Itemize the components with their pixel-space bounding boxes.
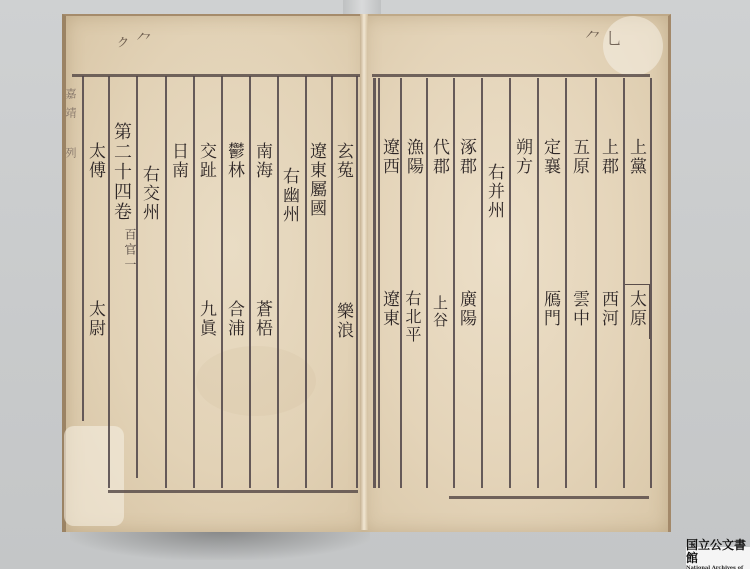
column-line xyxy=(595,78,597,488)
column-line xyxy=(221,76,223,488)
column-line xyxy=(331,76,333,488)
column-text: 右北平 xyxy=(404,290,420,344)
column-line xyxy=(356,76,358,488)
column-text: 太尉 xyxy=(86,300,103,338)
column-text: 太傅 xyxy=(86,142,103,180)
column-text: 南海 xyxy=(253,142,270,180)
watermark-english: National Archives of Japan xyxy=(686,565,750,569)
column-text: 鴈門 xyxy=(541,290,558,328)
column-text: 五原 xyxy=(570,138,587,176)
column-line xyxy=(193,76,195,488)
column-line xyxy=(373,78,376,488)
column-text: 遼東屬國 xyxy=(307,142,324,218)
column-text: 日南 xyxy=(169,142,186,180)
top-rule-right xyxy=(372,74,650,77)
highlight-box xyxy=(625,284,650,339)
column-line xyxy=(305,76,307,488)
column-text: 蒼梧 xyxy=(253,300,270,338)
column-text: 鬱林 xyxy=(225,142,242,180)
column-text: 玄菟 xyxy=(334,142,351,180)
column-line xyxy=(400,78,402,488)
column-line xyxy=(481,78,483,488)
column-line xyxy=(82,76,84,421)
column-text: 上郡 xyxy=(599,138,616,176)
bottom-rule-right xyxy=(449,496,649,499)
column-line xyxy=(136,76,138,478)
column-text: 上谷 xyxy=(432,295,447,329)
table-shadow xyxy=(70,528,370,560)
paper-stain xyxy=(196,346,316,416)
column-text: 右幽州 xyxy=(280,167,297,224)
column-text: 廣陽 xyxy=(457,290,474,328)
column-text: 朔方 xyxy=(513,138,530,176)
margin-annotation: ㇰ ⺈ xyxy=(115,28,152,51)
column-line xyxy=(623,78,625,488)
volume-heading: 第二十四卷 xyxy=(112,122,130,222)
paper-stain xyxy=(64,426,124,526)
column-text: 代郡 xyxy=(430,138,447,176)
column-line xyxy=(453,78,455,488)
column-text: 樂浪 xyxy=(334,302,351,340)
column-text: 定襄 xyxy=(541,138,558,176)
archive-watermark: 国立公文書館 National Archives of Japan xyxy=(686,547,750,569)
column-line xyxy=(165,76,167,488)
margin-annotation: ⺈ ⺃ xyxy=(585,26,622,49)
bottom-rule-left xyxy=(108,490,358,493)
column-text: 遼東 xyxy=(380,290,397,328)
column-text: 交趾 xyxy=(197,142,214,180)
column-line xyxy=(426,78,428,488)
column-line xyxy=(509,78,511,488)
column-line xyxy=(565,78,567,488)
column-text: 合浦 xyxy=(225,300,242,338)
column-text: 漁陽 xyxy=(404,138,421,176)
column-text: 右交州 xyxy=(140,165,157,222)
column-line xyxy=(277,76,279,488)
column-text: 西河 xyxy=(599,290,616,328)
watermark-japanese: 国立公文書館 xyxy=(686,539,750,565)
column-line xyxy=(650,78,652,488)
column-text: 遼西 xyxy=(380,138,397,176)
column-line xyxy=(249,76,251,488)
column-text: 涿郡 xyxy=(457,138,474,176)
page-fold xyxy=(360,14,368,530)
column-line xyxy=(537,78,539,488)
margin-title: 嘉靖 列 xyxy=(65,88,76,166)
top-rule-left xyxy=(72,74,360,77)
column-text: 九眞 xyxy=(197,300,214,338)
column-line xyxy=(108,76,110,488)
column-text: 上黨 xyxy=(627,138,644,176)
column-text: 雲中 xyxy=(570,290,587,328)
column-text: 右并州 xyxy=(485,163,502,220)
volume-subheading: 百官一 xyxy=(124,228,136,273)
